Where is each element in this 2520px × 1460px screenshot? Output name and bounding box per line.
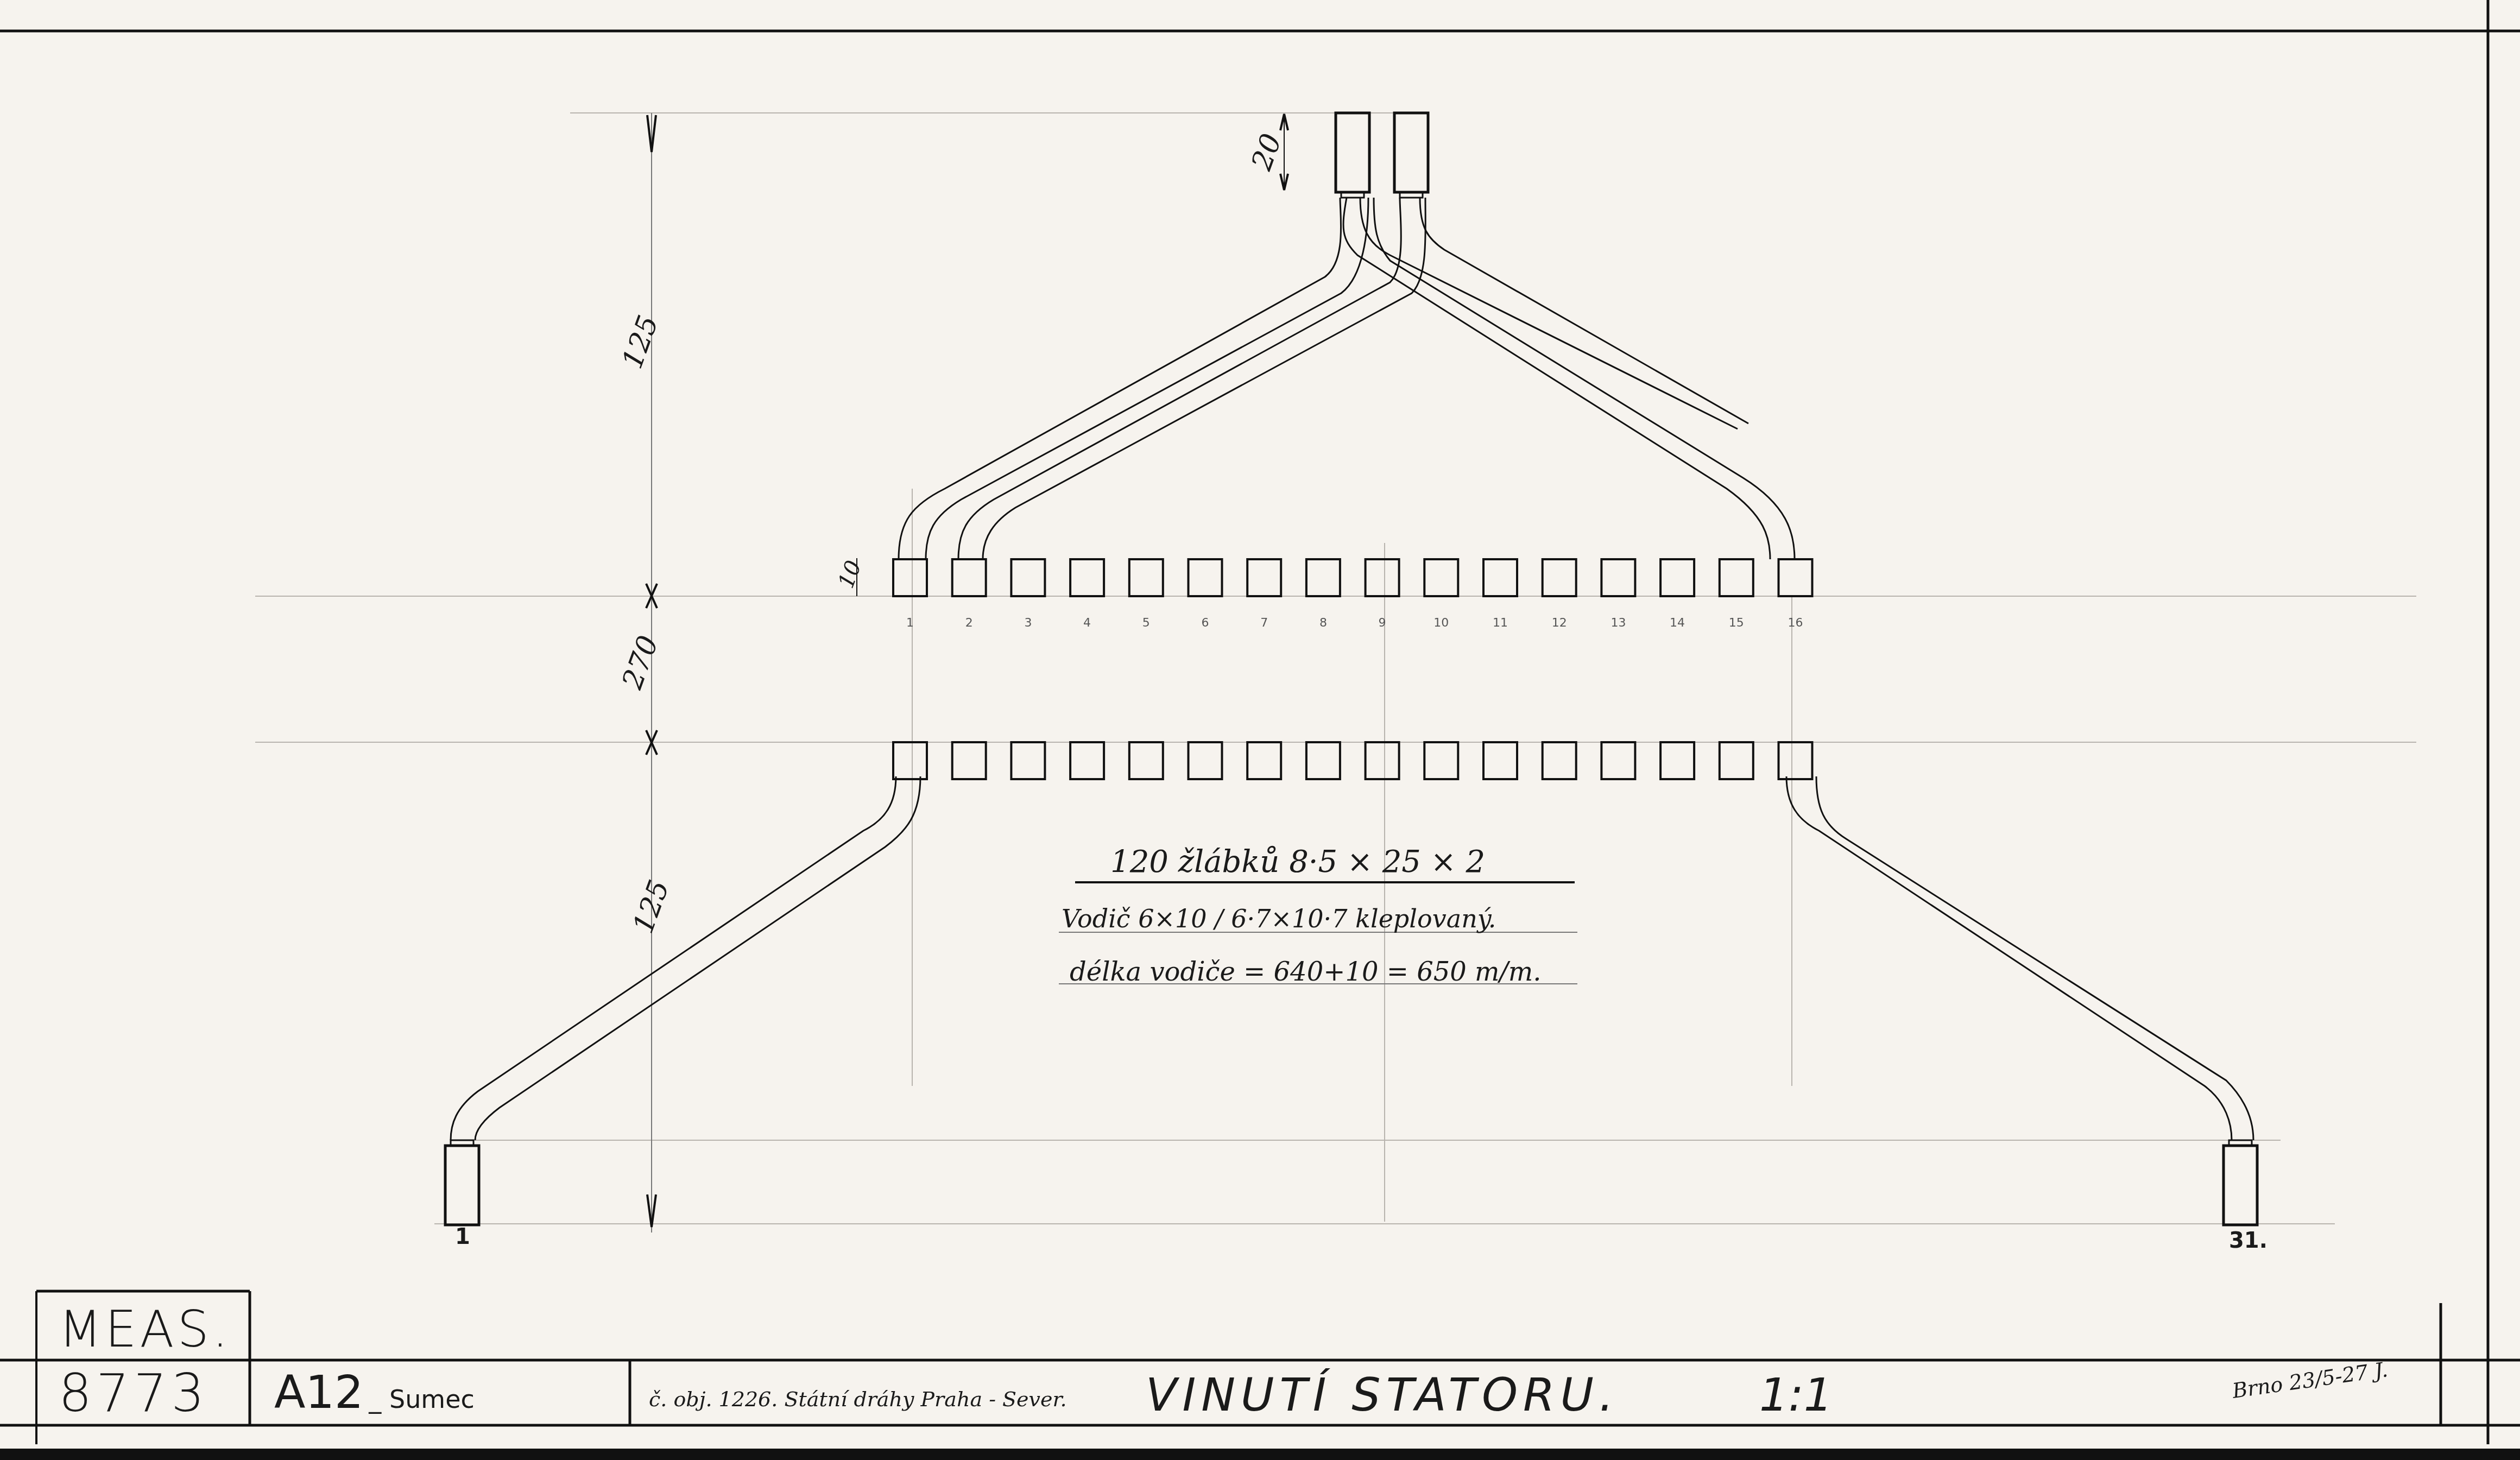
slot-number: 8 [1312, 616, 1334, 630]
slot-number: 14 [1666, 616, 1688, 630]
slot-upper [893, 559, 927, 596]
slot-lower [1424, 742, 1458, 779]
lower-slot-row [893, 742, 1812, 779]
terminal-label-start: 1 [455, 1224, 470, 1249]
slot-number: 11 [1489, 616, 1511, 630]
note-conductor-length: délka vodiče = 640+10 = 650 m/m. [1070, 957, 1542, 987]
meas-label: MEAS. [59, 1300, 231, 1358]
drawing-frame [0, 0, 2520, 1444]
slot-lower [1720, 742, 1753, 779]
slot-number: 4 [1076, 616, 1098, 630]
slot-upper [1483, 559, 1517, 596]
slot-upper [1366, 559, 1399, 596]
slot-lower [893, 742, 927, 779]
slot-number: 13 [1607, 616, 1629, 630]
model-designation: A12_ Sumec [274, 1366, 475, 1419]
construction-lines [255, 113, 2416, 1233]
drawing-scale: 1:1 [1759, 1368, 1833, 1421]
bottom-terminals [445, 1140, 2257, 1225]
slot-number: 2 [958, 616, 980, 630]
slot-number: 16 [1785, 616, 1807, 630]
note-conductor-size: Vodič 6×10 / 6·7×10·7 kleplovaný. [1062, 904, 1496, 933]
slot-lower [1779, 742, 1812, 779]
slot-lower [1660, 742, 1694, 779]
slot-upper [1189, 559, 1222, 596]
upper-slot-row [893, 559, 1812, 596]
slot-lower [1247, 742, 1281, 779]
model-name: _ Sumec [369, 1385, 474, 1414]
slot-upper [1601, 559, 1635, 596]
slot-number: 10 [1430, 616, 1452, 630]
slot-upper [1247, 559, 1281, 596]
stator-winding-drawing [0, 0, 2520, 1460]
slot-number: 3 [1017, 616, 1039, 630]
slot-number: 9 [1372, 616, 1393, 630]
slot-upper [1424, 559, 1458, 596]
dimension-markers [646, 114, 1288, 1227]
slot-lower [1189, 742, 1222, 779]
top-terminals [1336, 113, 1428, 198]
slot-number: 6 [1195, 616, 1216, 630]
slot-lower [1543, 742, 1576, 779]
slot-upper [1306, 559, 1340, 596]
order-note: č. obj. 1226. Státní dráhy Praha - Sever… [649, 1387, 1067, 1411]
model-code: A12 [274, 1366, 363, 1419]
slot-lower [1011, 742, 1045, 779]
meas-number: 8773 [59, 1363, 209, 1424]
slot-lower [1366, 742, 1399, 779]
slot-number: 7 [1253, 616, 1275, 630]
drawing-title: VINUTÍ STATORU. [1146, 1368, 1619, 1421]
scan-edge [0, 1449, 2520, 1460]
slot-upper [1779, 559, 1812, 596]
upper-winding-leads [899, 198, 1795, 559]
slot-number: 5 [1135, 616, 1157, 630]
slot-number: 12 [1549, 616, 1570, 630]
slot-upper [1070, 559, 1104, 596]
slot-lower [1306, 742, 1340, 779]
slot-upper [1720, 559, 1753, 596]
slot-number: 1 [899, 616, 921, 630]
slot-lower [1483, 742, 1517, 779]
slot-upper [952, 559, 986, 596]
note-slot-count: 120 žlábků 8·5 × 25 × 2 [1110, 844, 1485, 880]
slot-lower [1129, 742, 1163, 779]
slot-lower [1070, 742, 1104, 779]
slot-upper [1129, 559, 1163, 596]
slot-number: 15 [1726, 616, 1747, 630]
slot-lower [1601, 742, 1635, 779]
slot-upper [1011, 559, 1045, 596]
slot-upper [1660, 559, 1694, 596]
terminal-label-end: 31. [2229, 1228, 2268, 1253]
slot-lower [952, 742, 986, 779]
slot-upper [1543, 559, 1576, 596]
